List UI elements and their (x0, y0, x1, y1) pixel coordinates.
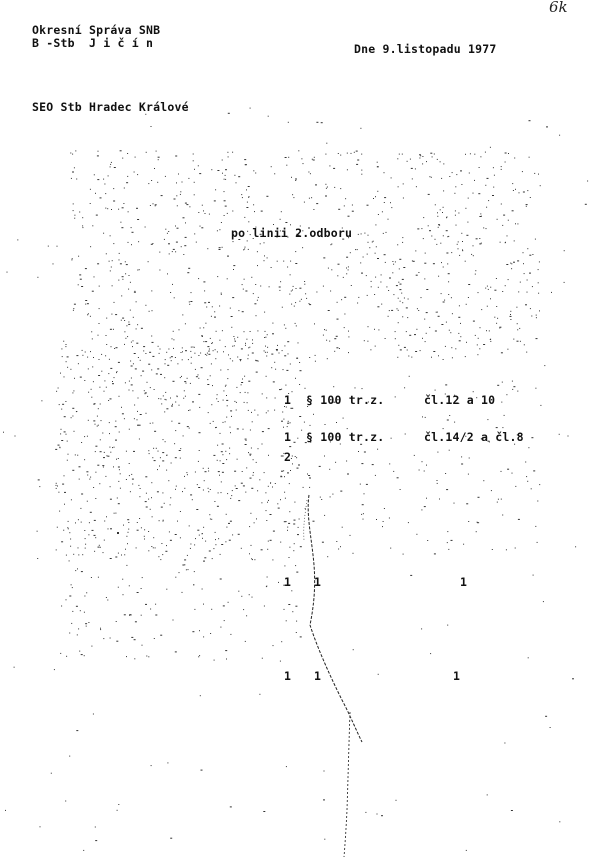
handwritten-pen-stroke (0, 0, 591, 857)
scanned-document-page: 6k Okresní Správa SNB B -Stb J i č í n D… (0, 0, 591, 857)
